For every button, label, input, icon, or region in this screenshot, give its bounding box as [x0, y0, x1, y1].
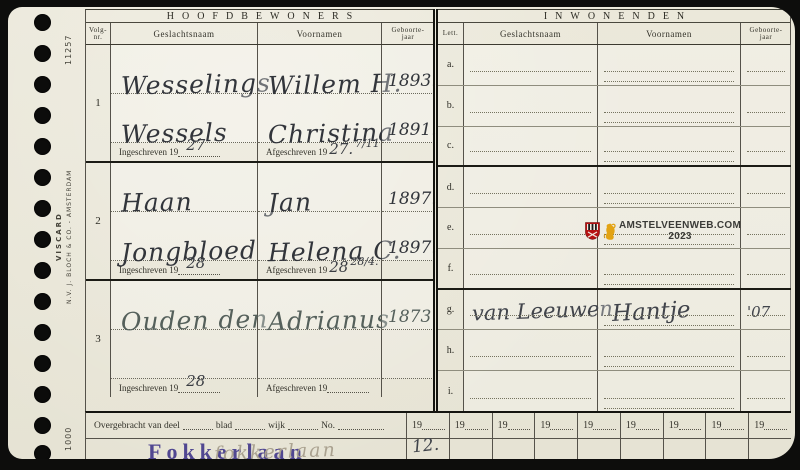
birthyear-cell: 1897. — [382, 212, 434, 261]
row-letter: b. — [438, 86, 464, 126]
birthyear-cell — [382, 330, 434, 379]
birthyear-cell — [741, 330, 791, 370]
col-header-lett: Lett. — [438, 23, 464, 44]
year-cell: 19 — [534, 413, 577, 438]
surname-cell — [464, 371, 598, 412]
punch-hole — [34, 445, 51, 459]
lodgers-headers: Lett. Geslachtsnaam Voornamen Geboorte- … — [438, 23, 790, 45]
birthyear-cell: 1897. — [382, 163, 434, 212]
surname-cell: Haan — [111, 163, 258, 212]
punch-hole — [34, 76, 51, 93]
resident-section-3: 3 Ouden den Adrianus 1873 Ingeschreven 1… — [86, 281, 433, 397]
lodger-row-h: h. — [438, 330, 791, 371]
col-header-volgnr-line2: nr. — [94, 34, 103, 41]
punch-hole — [34, 138, 51, 155]
surname-cell — [464, 86, 598, 126]
birthyear-cell: 1893. — [382, 45, 434, 94]
resident-section-1: 1 Wesselings Willem H. 1893. Wessels Chr… — [86, 45, 433, 163]
surname-cell — [111, 330, 258, 379]
surname-cell: Jongbloed — [111, 212, 258, 261]
firstnames-cell: Willem H. — [258, 45, 382, 94]
handwritten-birthyear: '07 — [747, 303, 770, 321]
watermark-site: AMSTELVEENWEB.COM — [619, 220, 741, 231]
year-prefix: 19 — [455, 420, 465, 431]
transfer-label-blad: blad — [216, 421, 232, 431]
section-number: 2 — [86, 163, 111, 279]
handwritten-birthyear: 1873 — [382, 307, 431, 331]
surname-cell — [464, 330, 598, 370]
dotted-leader — [593, 421, 616, 430]
punch-hole — [34, 231, 51, 248]
row-letter: f. — [438, 249, 464, 288]
surname-cell: van Leeuwen — [464, 290, 598, 330]
year-prefix: 19 — [498, 420, 508, 431]
handwritten-deregistered-year: 27. — [329, 140, 353, 158]
dotted-leader — [183, 421, 213, 430]
year-cell: 19 — [577, 413, 620, 438]
amstelveen-shield-icon — [585, 222, 600, 240]
empty-cell — [577, 439, 620, 459]
birthyear-cell — [741, 127, 791, 166]
lodger-row-d: d. — [438, 167, 791, 208]
dotted-leader — [550, 421, 573, 430]
empty-cell — [534, 439, 577, 459]
firstnames-cell — [258, 330, 382, 379]
firstnames-cell — [598, 127, 741, 166]
transfer-cell: Overgebracht van deel blad wijk No. — [86, 413, 406, 438]
deregistered-label: Afgeschreven 19 — [266, 265, 327, 275]
firstnames-cell — [598, 86, 741, 126]
col-header-birthyear: Geboorte- jaar — [741, 23, 791, 44]
birthyear-cell — [741, 45, 791, 85]
birthyear-cell — [741, 208, 791, 248]
firstnames-cell — [598, 167, 741, 207]
year-prefix: 19 — [754, 420, 764, 431]
punch-hole — [34, 200, 51, 217]
print-serial-bottom: 1000 — [64, 405, 73, 451]
footer-year-cell — [382, 261, 434, 279]
surname-cell: Ouden den — [111, 281, 258, 330]
col-header-firstnames-label: Voornamen — [297, 29, 343, 39]
dotted-leader — [721, 421, 744, 430]
handwritten-birthyear: 1893. — [382, 71, 437, 95]
lodger-row-g: g. van Leeuwen Hantje '07 — [438, 290, 791, 331]
lodgers-table: INWONENDEN Lett. Geslachtsnaam Voornamen… — [438, 9, 791, 411]
handwritten-deregistered-year: 28 — [329, 258, 348, 276]
surname-cell: Wessels — [111, 94, 258, 143]
registered-label: Ingeschreven 19 — [119, 265, 178, 275]
bottom-strip: Overgebracht van deel blad wijk No. 19 1… — [85, 411, 791, 459]
empty-cell — [663, 439, 706, 459]
handwritten-house-number: 12. — [411, 435, 440, 458]
dotted-leader — [508, 421, 531, 430]
registered-cell: Ingeschreven 1928 — [111, 261, 258, 279]
col-header-firstnames-label: Voornamen — [646, 29, 692, 39]
deregistered-cell: Afgeschreven 19 — [258, 379, 382, 397]
main-residents-table: HOOFDBEWONERS Volg- nr. Geslachtsnaam Vo… — [85, 9, 433, 411]
registered-label: Ingeschreven 19 — [119, 147, 178, 157]
surname-cell — [464, 208, 598, 248]
lion-icon — [603, 222, 616, 240]
dotted-leader — [327, 384, 369, 393]
printer-name: N.V. J. BLOCH & CO. - AMSTERDAM — [66, 127, 73, 347]
handwritten-firstnames: Hantje — [611, 297, 691, 327]
handwritten-surname: van Leeuwen — [472, 297, 614, 326]
row-letter: d. — [438, 167, 464, 207]
birthyear-cell — [741, 371, 791, 412]
handwritten-registered-year: 27 — [186, 136, 205, 154]
firstnames-cell: Adrianus — [258, 281, 382, 330]
col-header-lett-label: Lett. — [443, 30, 459, 37]
printer-brand: VISCARD — [55, 157, 63, 317]
street-cell: Fokkerlaan fokkerlaan — [86, 439, 406, 459]
col-header-birthyear-line2: jaar — [402, 34, 415, 41]
year-prefix: 19 — [669, 420, 679, 431]
col-header-firstnames: Voornamen — [598, 23, 741, 44]
punch-hole — [34, 45, 51, 62]
firstnames-cell — [598, 249, 741, 288]
year-cell: 19 — [620, 413, 663, 438]
lodger-row-b: b. — [438, 86, 791, 127]
handwritten-deregistered-date: 28/4. — [350, 255, 378, 268]
registration-card: 11257 VISCARD N.V. J. BLOCH & CO. - AMST… — [8, 7, 795, 459]
surname-cell — [464, 249, 598, 288]
punch-hole — [34, 324, 51, 341]
col-header-birthyear-line2: jaar — [760, 34, 773, 41]
empty-cell — [705, 439, 748, 459]
surname-cell: Wesselings — [111, 45, 258, 94]
year-prefix: 19 — [626, 420, 636, 431]
row-letter: i. — [438, 371, 464, 412]
transfer-label-deel: Overgebracht van deel — [94, 421, 180, 431]
dotted-leader — [288, 421, 318, 430]
punch-hole — [34, 386, 51, 403]
handwritten-registered-year: 28 — [186, 254, 205, 272]
col-header-volgnr: Volg- nr. — [86, 23, 111, 44]
birthyear-cell: '07 — [741, 290, 791, 330]
col-header-surname-label: Geslachtsnaam — [500, 29, 561, 39]
col-header-surname-label: Geslachtsnaam — [154, 29, 215, 39]
year-prefix: 19 — [583, 420, 593, 431]
empty-cell — [449, 439, 492, 459]
col-header-firstnames: Voornamen — [258, 23, 382, 44]
section-number: 1 — [86, 45, 111, 161]
watermark: AMSTELVEENWEB.COM 2023 — [585, 220, 741, 242]
birthyear-cell — [741, 167, 791, 207]
handwritten-registered-year: 28 — [186, 372, 205, 390]
main-residents-headers: Volg- nr. Geslachtsnaam Voornamen Geboor… — [86, 23, 433, 45]
punch-hole — [34, 14, 51, 31]
registered-label: Ingeschreven 19 — [119, 383, 178, 393]
footer-year-cell — [382, 143, 434, 161]
footer-year-cell — [382, 379, 434, 397]
handwritten-birthyear: 1891. — [382, 120, 437, 144]
firstnames-cell — [598, 371, 741, 412]
deregistered-label: Afgeschreven 19 — [266, 383, 327, 393]
empty-cell — [492, 439, 535, 459]
row-letter: e. — [438, 208, 464, 248]
lodger-row-c: c. — [438, 127, 791, 168]
year-prefix: 19 — [540, 420, 550, 431]
handwritten-birthyear: 1897. — [382, 189, 437, 213]
transfer-row: Overgebracht van deel blad wijk No. 19 1… — [86, 413, 791, 439]
deregistered-cell: Afgeschreven 1927.7/11 — [258, 143, 382, 161]
dotted-leader — [235, 421, 265, 430]
firstnames-cell: Hantje — [598, 290, 741, 330]
punch-hole — [34, 262, 51, 279]
surname-cell — [464, 127, 598, 166]
print-serial-top: 11257 — [64, 13, 73, 65]
col-header-surname: Geslachtsnaam — [464, 23, 598, 44]
street-pencil-note: fokkerlaan — [214, 439, 337, 459]
birthyear-cell: 1891. — [382, 94, 434, 143]
punch-hole — [34, 169, 51, 186]
row-letter: c. — [438, 127, 464, 166]
main-residents-title: HOOFDBEWONERS — [86, 10, 433, 23]
deregistered-label: Afgeschreven 19 — [266, 147, 327, 157]
year-prefix: 19 — [711, 420, 721, 431]
year-cell: 19 — [663, 413, 706, 438]
col-header-surname: Geslachtsnaam — [111, 23, 258, 44]
row-letter: g. — [438, 290, 464, 330]
firstnames-cell — [598, 330, 741, 370]
watermark-year: 2023 — [619, 231, 741, 242]
punch-hole — [34, 417, 51, 434]
transfer-label-no: No. — [321, 421, 335, 431]
dotted-leader — [764, 421, 787, 430]
registered-cell: Ingeschreven 1927 — [111, 143, 258, 161]
year-prefix: 19 — [412, 420, 422, 431]
photo-background: 11257 VISCARD N.V. J. BLOCH & CO. - AMST… — [0, 0, 800, 470]
dotted-leader — [422, 421, 445, 430]
year-cell: 19 — [406, 413, 449, 438]
dotted-leader — [338, 421, 384, 430]
year-cell: 19 — [492, 413, 535, 438]
resident-section-2: 2 Haan Jan 1897. Jongbloed Helena C. 189… — [86, 163, 433, 281]
main-residents-body: 1 Wesselings Willem H. 1893. Wessels Chr… — [86, 45, 433, 412]
row-letter: h. — [438, 330, 464, 370]
surname-cell — [464, 167, 598, 207]
deregistered-cell: Afgeschreven 192828/4. — [258, 261, 382, 279]
col-header-birthyear: Geboorte- jaar — [382, 23, 434, 44]
handwritten-deregistered-date: 7/11 — [355, 137, 380, 150]
lodgers-title: INWONENDEN — [438, 10, 790, 23]
birthyear-cell: 1873 — [382, 281, 434, 330]
transfer-label-wijk: wijk — [268, 421, 285, 431]
punch-hole — [34, 355, 51, 372]
punch-hole — [34, 293, 51, 310]
watermark-text: AMSTELVEENWEB.COM 2023 — [619, 220, 741, 242]
lodger-row-a: a. — [438, 45, 791, 86]
firstnames-cell: Jan — [258, 163, 382, 212]
section-number: 3 — [86, 281, 111, 397]
house-number-cell: 12. — [406, 439, 449, 459]
handwritten-birthyear: 1897. — [382, 238, 437, 262]
year-cell: 19 — [705, 413, 748, 438]
lodger-row-i: i. — [438, 371, 791, 412]
dotted-leader — [465, 421, 488, 430]
year-cell: 19 — [748, 413, 791, 438]
surname-cell — [464, 45, 598, 85]
dotted-leader — [636, 421, 659, 430]
empty-cell — [620, 439, 663, 459]
registered-cell: Ingeschreven 1928 — [111, 379, 258, 397]
birthyear-cell — [741, 249, 791, 288]
firstnames-cell — [598, 45, 741, 85]
street-row: Fokkerlaan fokkerlaan 12. — [86, 439, 791, 459]
year-cell: 19 — [449, 413, 492, 438]
birthyear-cell — [741, 86, 791, 126]
punch-hole — [34, 107, 51, 124]
dotted-leader — [679, 421, 702, 430]
row-letter: a. — [438, 45, 464, 85]
empty-cell — [748, 439, 791, 459]
lodger-row-f: f. — [438, 249, 791, 290]
